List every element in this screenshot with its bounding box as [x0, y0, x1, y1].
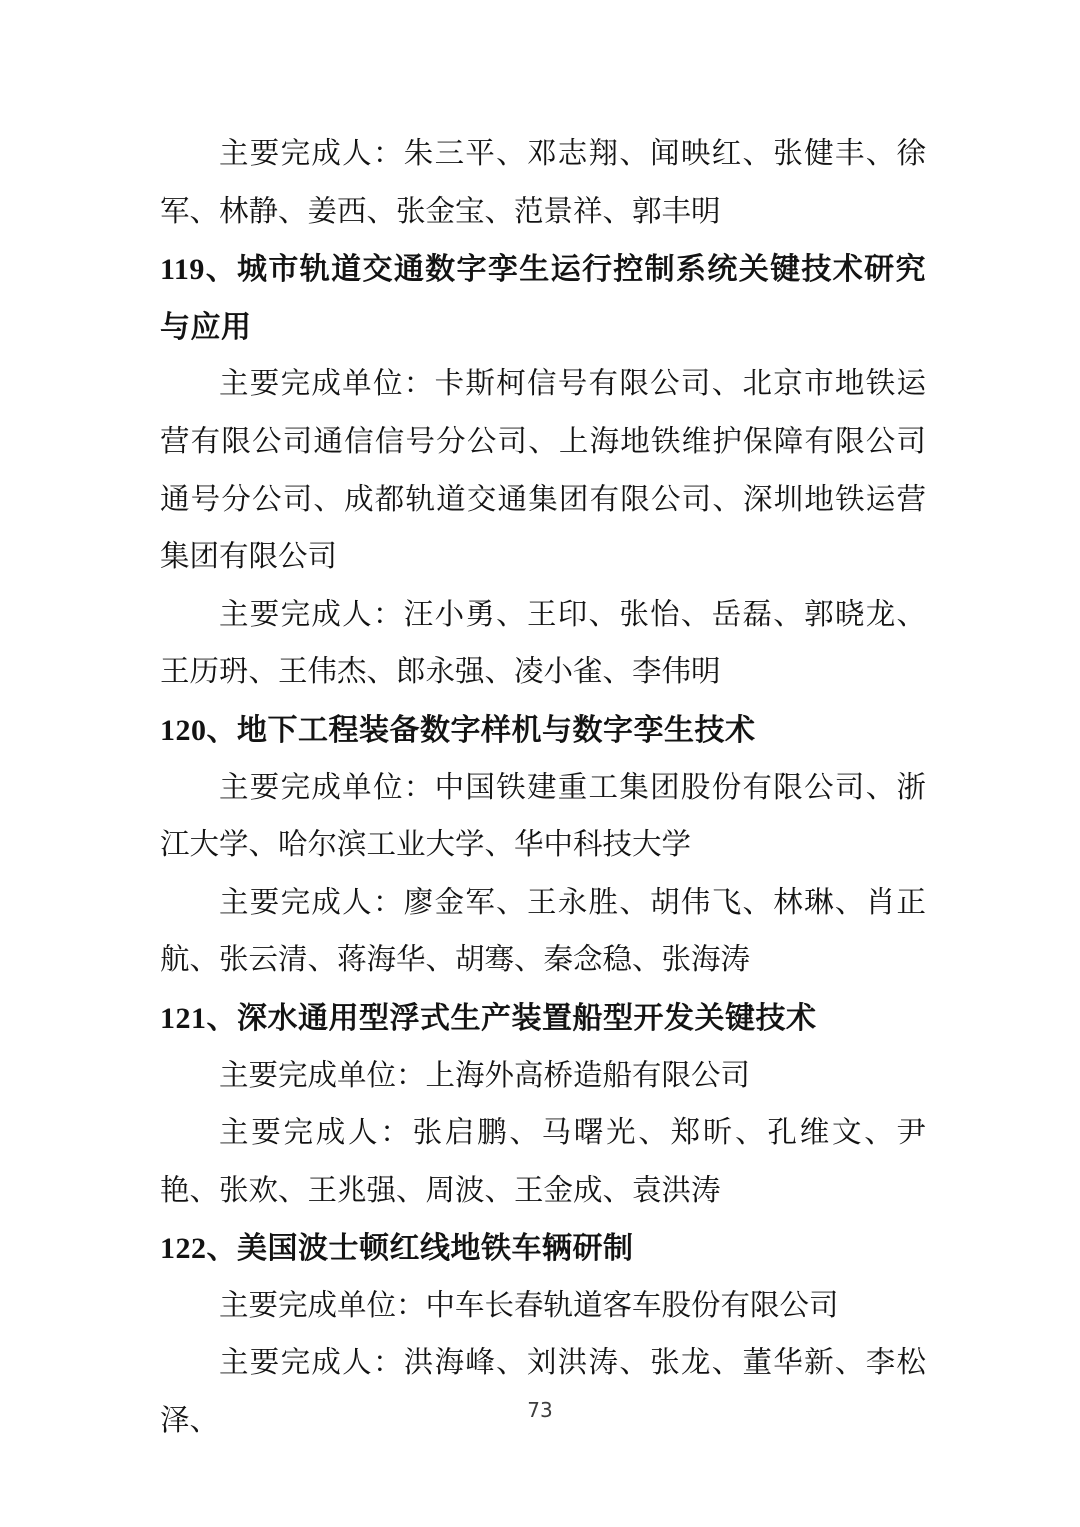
carryover-people-paragraph: 主要完成人：朱三平、邓志翔、闻映红、张健丰、徐军、林静、姜西、张金宝、范景祥、郭… — [160, 126, 926, 241]
entry-122-units: 主要完成单位：中车长春轨道客车股份有限公司 — [160, 1278, 926, 1336]
entry-121-units: 主要完成单位：上海外高桥造船有限公司 — [160, 1048, 926, 1106]
entry-120-units: 主要完成单位：中国铁建重工集团股份有限公司、浙江大学、哈尔滨工业大学、华中科技大… — [160, 760, 926, 875]
entry-122-title: 122、美国波士顿红线地铁车辆研制 — [160, 1220, 926, 1278]
document-page: 主要完成人：朱三平、邓志翔、闻映红、张健丰、徐军、林静、姜西、张金宝、范景祥、郭… — [0, 0, 1080, 1527]
entry-119-title: 119、城市轨道交通数字孪生运行控制系统关键技术研究与应用 — [160, 241, 926, 356]
entry-119-units: 主要完成单位：卡斯柯信号有限公司、北京市地铁运营有限公司通信信号分公司、上海地铁… — [160, 356, 926, 586]
entry-120-people: 主要完成人：廖金军、王永胜、胡伟飞、林琳、肖正航、张云清、蒋海华、胡骞、秦念稳、… — [160, 875, 926, 990]
page-number: 73 — [0, 1398, 1080, 1422]
entry-119-people: 主要完成人：汪小勇、王印、张怡、岳磊、郭晓龙、王历玬、王伟杰、郎永强、凌小雀、李… — [160, 587, 926, 702]
entry-122-people: 主要完成人：洪海峰、刘洪涛、张龙、董华新、李松泽、 — [160, 1335, 926, 1450]
entry-121-people: 主要完成人：张启鹏、马曙光、郑昕、孔维文、尹艳、张欢、王兆强、周波、王金成、袁洪… — [160, 1105, 926, 1220]
page-content: 主要完成人：朱三平、邓志翔、闻映红、张健丰、徐军、林静、姜西、张金宝、范景祥、郭… — [160, 126, 926, 1451]
entry-120-title: 120、地下工程装备数字样机与数字孪生技术 — [160, 702, 926, 760]
entry-121-title: 121、深水通用型浮式生产装置船型开发关键技术 — [160, 990, 926, 1048]
